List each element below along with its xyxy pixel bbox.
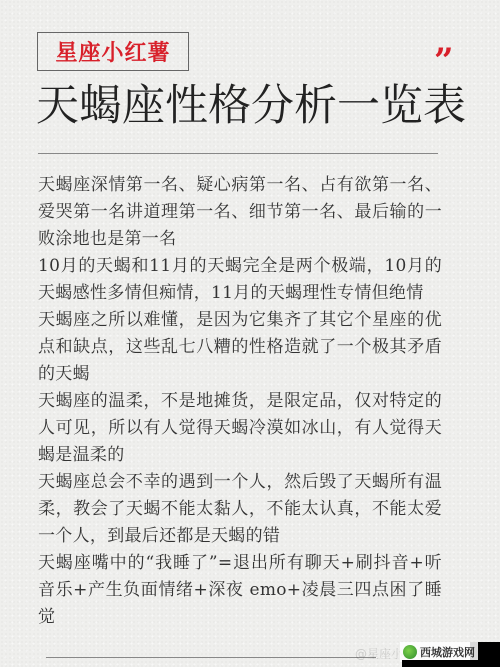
- paragraph: 10月的天蝎和11月的天蝎完全是两个极端，10月的天蝎感性多情但痴情，11月的天…: [38, 253, 442, 307]
- brand-tag-label: 星座小红薯: [55, 36, 170, 67]
- bottom-divider: [46, 657, 376, 658]
- paragraph: 天蝎座的温柔，不是地摊货，是限定品，仅对特定的人可见，所以有人觉得天蝎冷漠如冰山…: [38, 388, 442, 469]
- brand-tag: 星座小红薯: [37, 32, 189, 71]
- watermark-site-name: 西城游戏网: [420, 644, 475, 660]
- leaf-logo-icon: [403, 645, 417, 659]
- site-watermark: 西城游戏网: [400, 642, 478, 662]
- closing-quote-icon: ”: [434, 44, 454, 78]
- paragraph: 天蝎座深情第一名、疑心病第一名、占有欲第一名、爱哭第一名讲道理第一名、细节第一名…: [38, 172, 442, 253]
- page-title: 天蝎座性格分析一览表: [36, 80, 456, 132]
- title-divider: [38, 153, 438, 154]
- paragraph: 天蝎座总会不幸的遇到一个人，然后毁了天蝎所有温柔，教会了天蝎不能太黏人，不能太认…: [38, 469, 442, 550]
- article-body: 天蝎座深情第一名、疑心病第一名、占有欲第一名、爱哭第一名讲道理第一名、细节第一名…: [38, 172, 442, 631]
- paragraph: 天蝎座之所以难懂，是因为它集齐了其它个星座的优点和缺点，这些乱七八糟的性格造就了…: [38, 307, 442, 388]
- black-bottom-block: [402, 660, 500, 667]
- paragraph: 天蝎座嘴中的“我睡了”=退出所有聊天+刷抖音+听音乐+产生负面情绪+深夜 emo…: [38, 550, 442, 631]
